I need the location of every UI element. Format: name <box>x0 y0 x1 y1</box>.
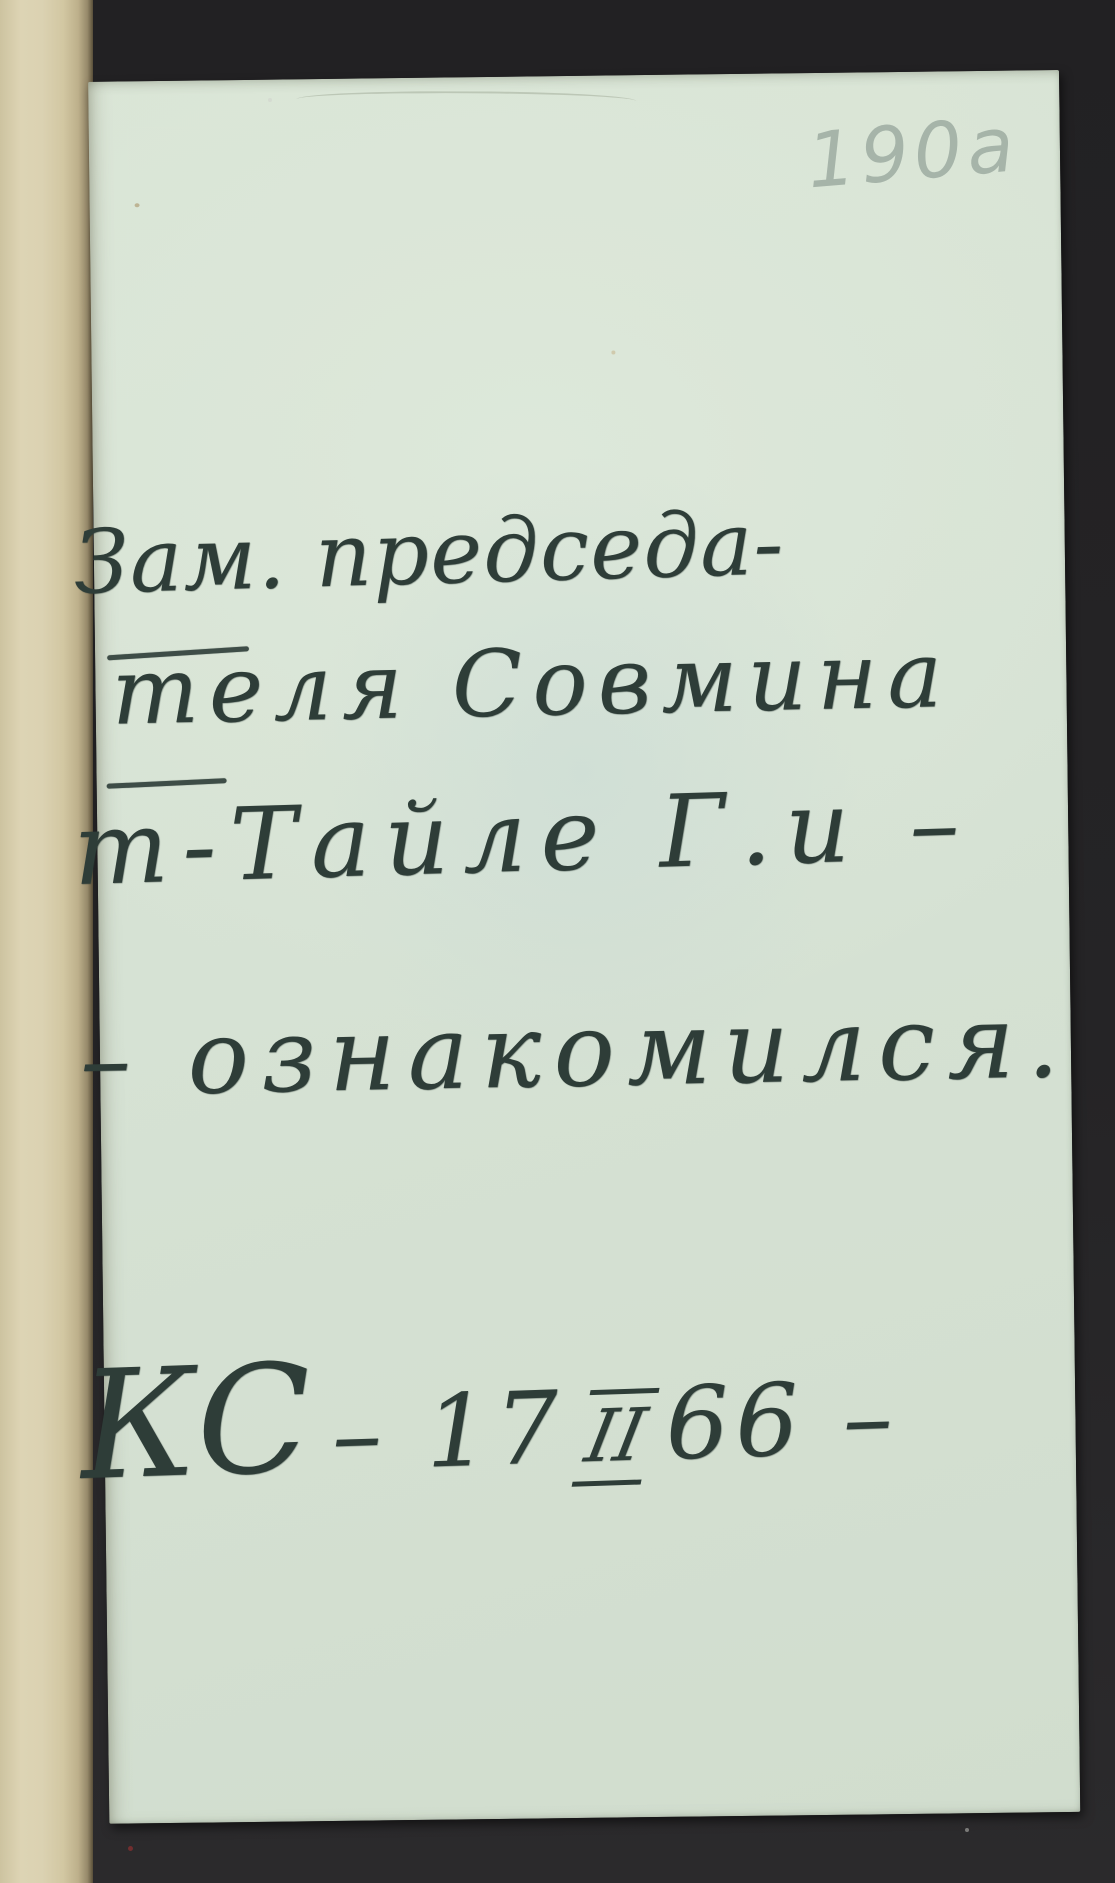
dust-speck <box>268 98 272 102</box>
paper-speck <box>135 203 140 207</box>
red-dust-speck <box>128 1846 133 1851</box>
document-page: 190a Зам. председа- теля Совмина т-Тайле… <box>88 70 1080 1824</box>
handwriting-line-4: – ознакомился. <box>79 983 1072 1120</box>
signature-paraph: КС <box>78 1332 315 1514</box>
dust-speck <box>965 1828 969 1832</box>
date-year: 66 – <box>664 1359 901 1483</box>
paper-speck <box>611 350 615 354</box>
handwriting-line-1: Зам. председа- <box>73 492 786 614</box>
archival-scan: 190a Зам. председа- теля Совмина т-Тайле… <box>0 0 1115 1883</box>
paper-crease <box>296 90 636 110</box>
previous-page-edge <box>0 0 93 1883</box>
date-month-roman-numeral: II <box>572 1388 660 1486</box>
handwriting-line-5-date: КС – 17 II 66 – <box>78 1313 901 1514</box>
folio-number-pencil: 190a <box>804 99 1022 205</box>
date-day: – 17 <box>330 1370 567 1494</box>
handwriting-line-3: т-Тайле Г.и – <box>72 765 975 908</box>
handwriting-line-2: теля Совмина <box>110 622 953 746</box>
